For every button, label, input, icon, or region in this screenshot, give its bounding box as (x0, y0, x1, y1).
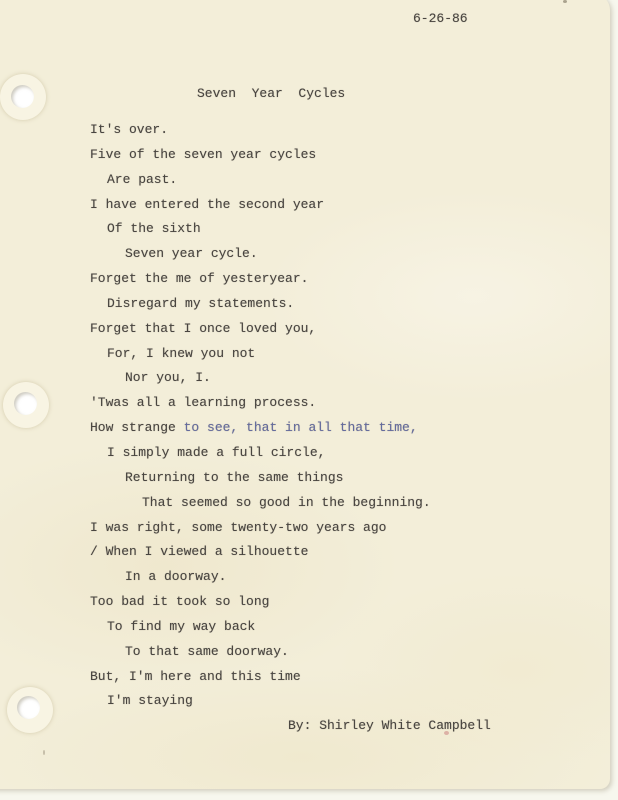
poem-text-segment: to see, that in all that time, (184, 420, 418, 435)
poem-text-segment: That seemed so good in the beginning. (142, 495, 431, 510)
poem-line: Forget that I once loved you, (90, 317, 431, 342)
poem-line: To that same doorway. (90, 640, 431, 665)
poem-text-segment: Forget the me of yesteryear. (90, 271, 308, 286)
poem-line: It's over. (90, 118, 431, 143)
poem-text-segment: To find my way back (107, 619, 255, 634)
paper-speck (444, 731, 449, 735)
paper-speck (563, 0, 567, 3)
poem-text-segment: For, I knew you not (107, 346, 255, 361)
punch-hole-top (11, 85, 34, 108)
poem-text-segment: / When I viewed a silhouette (90, 544, 308, 559)
poem-line: Seven year cycle. (90, 242, 431, 267)
poem-line: That seemed so good in the beginning. (90, 491, 431, 516)
poem-text-segment: Too bad it took so long (90, 594, 269, 609)
poem-line: Are past. (90, 168, 431, 193)
poem-text-segment: Disregard my statements. (107, 296, 294, 311)
poem-line: But, I'm here and this time (90, 665, 431, 690)
poem-line: Too bad it took so long (90, 590, 431, 615)
poem-text-segment: To that same doorway. (125, 644, 289, 659)
poem-line: Of the sixth (90, 217, 431, 242)
poem-text-segment: Five of the seven year cycles (90, 147, 316, 162)
poem-text-segment: Returning to the same things (125, 470, 343, 485)
poem-line: Disregard my statements. (90, 292, 431, 317)
typed-date: 6-26-86 (413, 11, 468, 26)
poem-line: Five of the seven year cycles (90, 143, 431, 168)
poem-line: Forget the me of yesteryear. (90, 267, 431, 292)
poem-text-segment: I have entered the second year (90, 197, 324, 212)
author-byline: By: Shirley White Campbell (288, 718, 491, 733)
punch-hole-middle (14, 392, 37, 415)
poem-text-segment: I'm staying (107, 693, 193, 708)
poem-line: 'Twas all a learning process. (90, 391, 431, 416)
poem-text-segment: Seven year cycle. (125, 246, 258, 261)
poem-line: In a doorway. (90, 565, 431, 590)
poem-text-segment: How strange (90, 420, 184, 435)
poem-line: To find my way back (90, 615, 431, 640)
poem-text-segment: But, I'm here and this time (90, 669, 301, 684)
poem-text-segment: Are past. (107, 172, 177, 187)
poem: It's over.Five of the seven year cyclesA… (90, 118, 431, 714)
poem-line: Nor you, I. (90, 366, 431, 391)
poem-line: I simply made a full circle, (90, 441, 431, 466)
poem-text-segment: Nor you, I. (125, 370, 211, 385)
poem-text-segment: Of the sixth (107, 221, 201, 236)
poem-line: Returning to the same things (90, 466, 431, 491)
poem-line: I have entered the second year (90, 193, 431, 218)
poem-line: How strange to see, that in all that tim… (90, 416, 431, 441)
poem-title: Seven Year Cycles (197, 86, 345, 101)
poem-line: / When I viewed a silhouette (90, 540, 431, 565)
poem-line: I was right, some twenty-two years ago (90, 516, 431, 541)
poem-line: I'm staying (90, 689, 431, 714)
scanned-page: 6-26-86 Seven Year Cycles It's over.Five… (0, 0, 610, 789)
poem-text-segment: It's over. (90, 122, 168, 137)
poem-text-segment: 'Twas all a learning process. (90, 395, 316, 410)
poem-text-segment: I was right, some twenty-two years ago (90, 520, 386, 535)
poem-text-segment: Forget that I once loved you, (90, 321, 316, 336)
poem-line: For, I knew you not (90, 342, 431, 367)
punch-hole-bottom (17, 696, 40, 719)
poem-text-segment: I simply made a full circle, (107, 445, 325, 460)
poem-text-segment: In a doorway. (125, 569, 226, 584)
paper-speck (43, 750, 45, 755)
